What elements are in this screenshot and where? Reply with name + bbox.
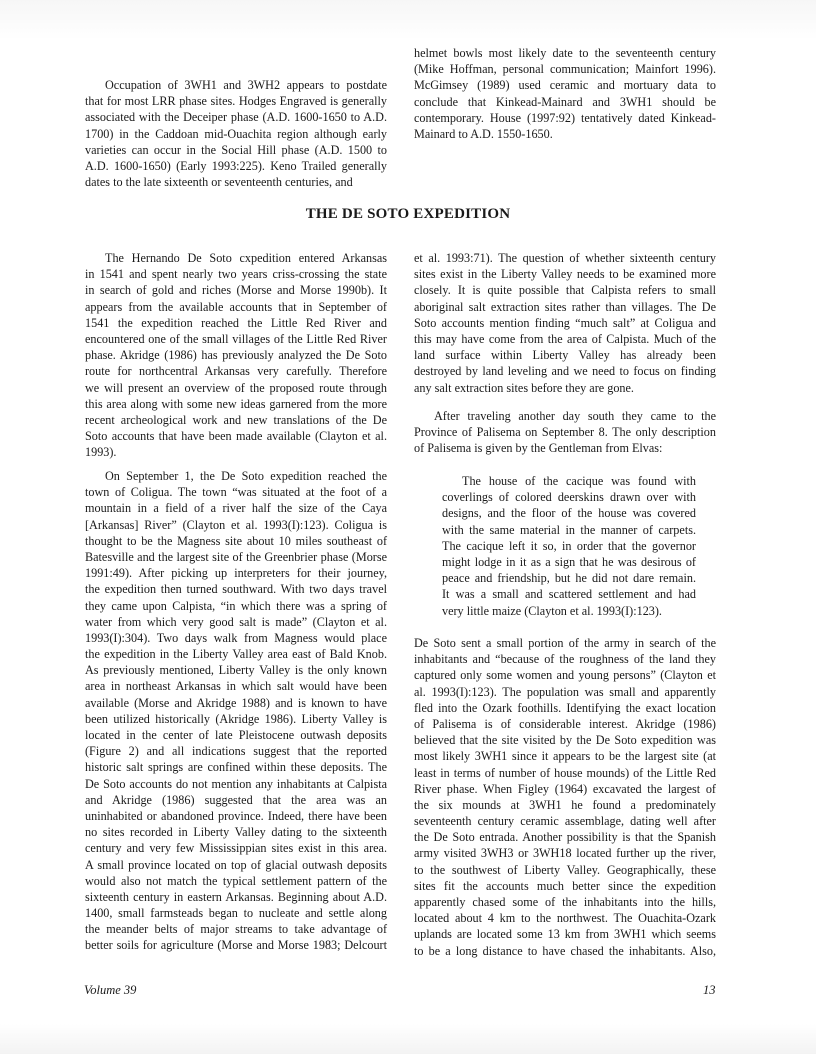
text-line: The cacique left it so, in order that th… [442,538,696,554]
text-line: encountered one of the small villages of… [85,331,387,347]
text-line: (Mike Hoffman, personal communication; M… [414,61,716,77]
text-line: 1993(I):304). Two days walk from Magness… [85,630,387,646]
text-line: Soto accounts mention finding “much salt… [414,315,716,331]
text-line: this may have come from the area of Calp… [414,331,716,347]
text-line: De Soto sent a small portion of the army… [414,635,716,651]
left-paragraph-2: On September 1, the De Soto expedition r… [85,468,387,954]
text-line: to be a long distance to have chased the… [414,943,716,959]
text-line: 1700) in the Caddoan mid-Ouachita region… [85,126,387,142]
text-line: associated with the Deceiper phase (A.D.… [85,109,387,125]
text-line: in 1541 and spent nearly two years criss… [85,266,387,282]
left-paragraph-1: The Hernando De Soto cxpedition entered … [85,250,387,460]
text-line: [Arkansas] River” (Clayton et al. 1993(I… [85,517,387,533]
text-line: appears from the available accounts that… [85,299,387,315]
text-line: recent archeological work and new transl… [85,412,387,428]
text-line: uplands are located some 13 km from 3WH1… [414,926,716,942]
text-line: town of Coligua. The town “was situated … [85,484,387,500]
text-line: route for northcentral Arkansas very car… [85,363,387,379]
scan-artifact-top [0,0,816,40]
text-line: the meander belts of major streams to ta… [85,921,387,937]
text-line: they came upon Calpista, “in which there… [85,598,387,614]
top-left-paragraph: Occupation of 3WH1 and 3WH2 appears to p… [85,77,387,190]
text-line: better soils for agriculture (Morse and … [85,937,387,953]
text-line: least in terms of number of house mounds… [414,765,716,781]
text-line: any salt extraction sites before they ar… [414,380,716,396]
text-line: On September 1, the De Soto expedition r… [85,468,387,484]
text-line: the De Soto entrada. Another possibility… [414,829,716,845]
text-line: coverlings of colored deerskins drawn ov… [442,489,696,505]
text-line: been utilized historically (Akridge 1986… [85,711,387,727]
text-line: Occupation of 3WH1 and 3WH2 appears to p… [85,77,387,93]
top-right-paragraph: helmet bowls most likely date to the sev… [414,45,716,142]
text-line: army visited 3WH3 or 3WH18 located furth… [414,845,716,861]
text-line: It was a small and scattered settlement … [442,586,696,602]
text-line: available (Morse and Akridge 1988) and i… [85,695,387,711]
text-line: dates to the late sixteenth or seventeen… [85,174,387,190]
text-line: the six mounds at 3WH1 he found a predom… [414,797,716,813]
text-line: Mainard to A.D. 1550-1650. [414,126,716,142]
text-line: The Hernando De Soto cxpedition entered … [85,250,387,266]
text-line: sites exist in the Liberty Valley needs … [414,266,716,282]
text-line: destroyed by land leveling and we need t… [414,363,716,379]
text-line: 1993). [85,444,387,460]
text-line: The house of the cacique was found with [442,473,696,489]
block-quote: The house of the cacique was found withc… [414,473,716,619]
text-line: After traveling another day south they c… [414,408,716,424]
text-line: would also not match the typical settlem… [85,873,387,889]
document-page: Occupation of 3WH1 and 3WH2 appears to p… [0,0,816,1054]
text-line: 1991:49). After picking up interpreters … [85,565,387,581]
text-line: 1541 the expedition reached the Little R… [85,315,387,331]
text-line: peace and friendship, but he did not dar… [442,570,696,586]
text-line: seventeenth century ceramic assemblage, … [414,813,716,829]
text-line: and Akridge (1986) suggested that the ar… [85,792,387,808]
text-line: of Palisema is given by the Gentleman fr… [414,440,716,456]
text-line: al. 1993(I):123). The population was sma… [414,684,716,700]
text-line: fled into the Ozark foothills. Identifyi… [414,700,716,716]
text-line: might lodge in it as a sign that he was … [442,554,696,570]
text-line: no sites recorded in Liberty Valley dati… [85,824,387,840]
text-line: we will present an overview of the propo… [85,380,387,396]
text-line: this area along with some new ideas garn… [85,396,387,412]
text-line: helmet bowls most likely date to the sev… [414,45,716,61]
text-line: phase. Akridge (1986) has previously ana… [85,347,387,363]
section-heading: THE DE SOTO EXPEDITION [0,206,816,223]
text-line: 1400, small farmsteads began to nucleate… [85,905,387,921]
text-line: sixteenth century in eastern Arkansas. B… [85,889,387,905]
text-line: River phase. When Figley (1964) excavate… [414,781,716,797]
text-line: the expedition in the Liberty Valley are… [85,646,387,662]
text-line: mountain in a field of a river half the … [85,500,387,516]
text-line: land surface within Liberty Valley has a… [414,347,716,363]
text-line: historic salt springs are confined withi… [85,759,387,775]
text-line: uninhabited or abandoned province. Indee… [85,808,387,824]
text-line: closely. It is quite possible that Calpi… [414,282,716,298]
text-line: A.D. 1600-1650) (Early 1993:225). Keno T… [85,158,387,174]
text-line: in search of gold and riches (Morse and … [85,282,387,298]
text-line: varieties can occur in the Social Hill p… [85,142,387,158]
text-line: aboriginal salt extraction sites rather … [414,299,716,315]
right-paragraph-3: De Soto sent a small portion of the army… [414,635,716,959]
text-line: De Soto accounts do not mention any inha… [85,776,387,792]
right-paragraph-1: et al. 1993:71). The question of whether… [414,250,716,396]
text-line: Province of Palisema on September 8. The… [414,424,716,440]
footer-volume: Volume 39 [84,983,136,998]
text-line: located in the center of late Pleistocen… [85,727,387,743]
text-line: A small province located on top of glaci… [85,857,387,873]
text-line: sites fit the accounts much better since… [414,878,716,894]
text-line: apparently chased some of the inhabitant… [414,894,716,910]
text-line: area in northeast Arkansas in which salt… [85,678,387,694]
text-line: McGimsey (1989) used ceramic and mortuar… [414,77,716,93]
right-paragraph-2: After traveling another day south they c… [414,408,716,457]
text-line: As previously mentioned, Liberty Valley … [85,662,387,678]
text-line: conclude that Kinkead-Mainard and 3WH1 s… [414,94,716,110]
text-line: that for most LRR phase sites. Hodges En… [85,93,387,109]
text-line: captured only some women and young perso… [414,667,716,683]
text-line: thought to be the Magness site about 10 … [85,533,387,549]
text-line: designs, and the floor of the house was … [442,505,696,521]
text-line: believed that the site visited by the De… [414,732,716,748]
text-line: the expedition then turned southward. Wi… [85,581,387,597]
text-line: with the same material in the manner of … [442,522,696,538]
text-line: of Palisema is of considerable interest.… [414,716,716,732]
text-line: very little maize (Clayton et al. 1993(I… [442,603,696,619]
footer-page-number: 13 [703,983,716,998]
text-line: contemporary. House (1997:92) tentativel… [414,110,716,126]
text-line: inhabitants and “because of the roughnes… [414,651,716,667]
text-line: most likely 3WH1 since it appears to be … [414,748,716,764]
text-line: water from which very good salt is made”… [85,614,387,630]
text-line: century and very few Mississippian sites… [85,840,387,856]
text-line: Batesville and the largest site of the G… [85,549,387,565]
text-line: et al. 1993:71). The question of whether… [414,250,716,266]
scan-artifact-bottom [0,1024,816,1054]
text-line: located about 4 km to the northwest. The… [414,910,716,926]
text-line: (Figure 2) and all indications suggest t… [85,743,387,759]
text-line: to the southwest of Liberty Valley. Geog… [414,862,716,878]
text-line: Soto accounts that have been made availa… [85,428,387,444]
